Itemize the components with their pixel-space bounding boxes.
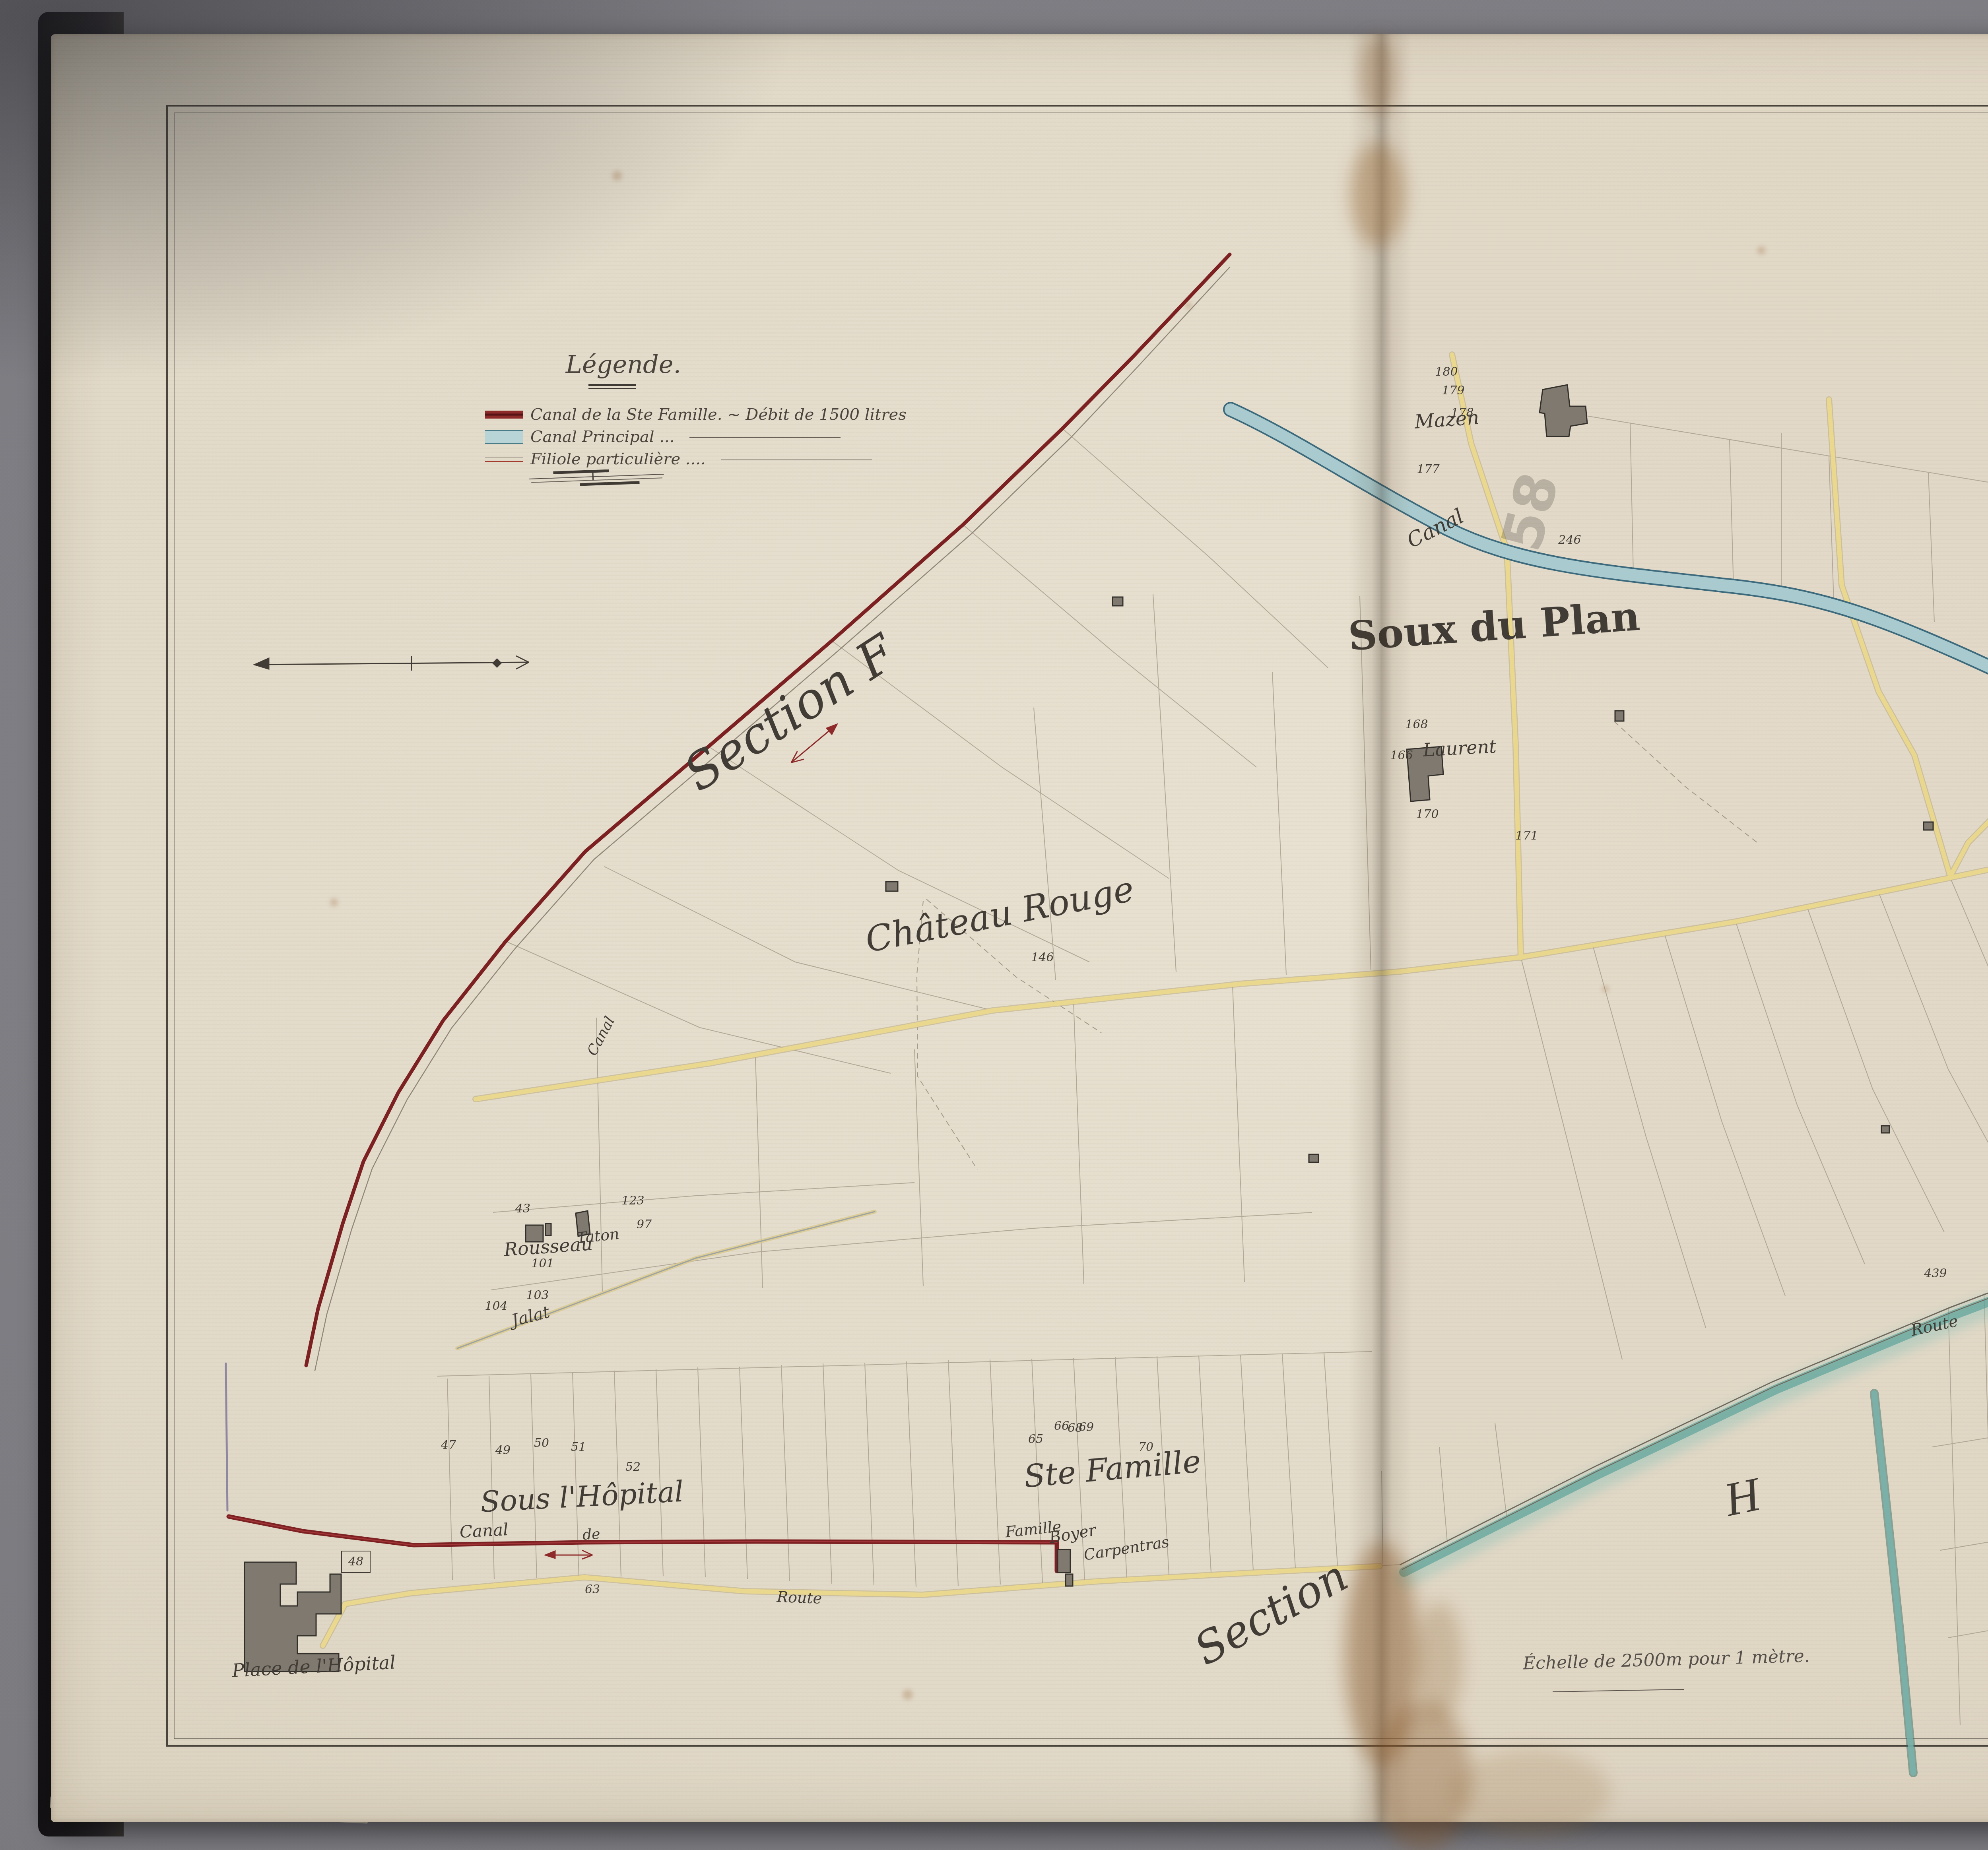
scanned-atlas-photo: 1801791781772461681661701712812801464554… bbox=[0, 0, 1988, 1850]
legend-title: Légende. bbox=[560, 350, 687, 379]
legend-rule-line bbox=[689, 436, 841, 438]
legend-item-label: Canal de la Ste Famille. ~ Débit de 1500… bbox=[530, 405, 907, 424]
legend-item-label: Canal Principal ... bbox=[530, 428, 674, 446]
atlas-double-page bbox=[51, 34, 1988, 1822]
legend-swatch-canal-principal-icon bbox=[485, 430, 523, 444]
legend-item-filiole: Filiole particulière .... bbox=[485, 450, 872, 468]
legend-title-rule bbox=[588, 384, 636, 389]
legend-item-canal-ste-famille: Canal de la Ste Famille. ~ Débit de 1500… bbox=[485, 405, 907, 424]
legend-item-label: Filiole particulière .... bbox=[530, 450, 706, 468]
legend-item-canal-principal: Canal Principal ... bbox=[485, 428, 841, 446]
legend-swatch-canal-ste-famille-icon bbox=[485, 411, 523, 419]
legend-rule-line bbox=[721, 458, 872, 460]
legend-swatch-filiole-icon bbox=[485, 457, 523, 462]
